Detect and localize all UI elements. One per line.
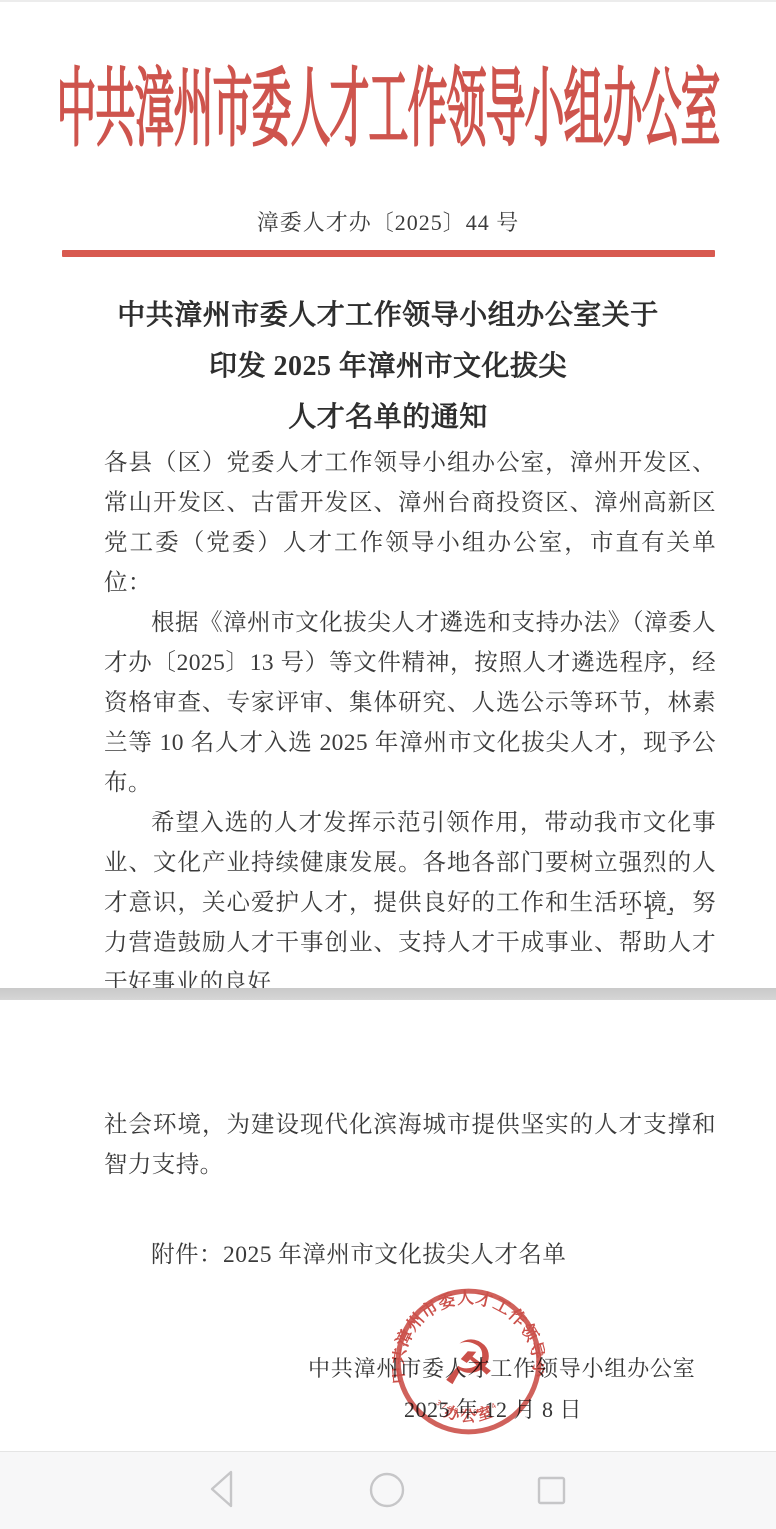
red-divider-line	[62, 250, 715, 257]
document-number: 漳委人才办〔2025〕44 号	[0, 206, 776, 237]
document-title-line-1: 中共漳州市委人才工作领导小组办公室关于	[0, 290, 776, 341]
recents-icon[interactable]	[537, 1476, 566, 1505]
back-icon[interactable]	[206, 1468, 240, 1510]
document-title-line-3: 人才名单的通知	[0, 392, 776, 443]
attachment-line: 附件：2025 年漳州市文化拔尖人才名单	[104, 1235, 716, 1269]
issuing-org-header: 中共漳州市委人才工作领导小组办公室	[0, 67, 776, 153]
phone-screen: 中共漳州市委人才工作领导小组办公室 漳委人才办〔2025〕44 号 中共漳州市委…	[0, 0, 776, 1529]
home-icon[interactable]	[368, 1471, 406, 1509]
document-title: 中共漳州市委人才工作领导小组办公室关于 印发 2025 年漳州市文化拔尖 人才名…	[0, 290, 776, 443]
document-title-line-2: 印发 2025 年漳州市文化拔尖	[0, 341, 776, 392]
paragraph-addressees: 各县（区）党委人才工作领导小组办公室，漳州开发区、常山开发区、古雷开发区、漳州台…	[104, 443, 716, 603]
page-number: - 1 -	[0, 900, 676, 925]
hammer-sickle-emblem: ☭	[441, 1328, 496, 1399]
official-seal: 中共漳州市委人才工作领导小组 办公室 3798620904 ☭	[392, 1285, 545, 1438]
document-body-page2: 社会环境，为建设现代化滨海城市提供坚实的人才支撑和智力支持。	[104, 1105, 716, 1185]
paragraph-selection: 根据《漳州市文化拔尖人才遴选和支持办法》（漳委人才办〔2025〕13 号）等文件…	[104, 603, 716, 803]
paragraph-expectation-continued: 社会环境，为建设现代化滨海城市提供坚实的人才支撑和智力支持。	[104, 1105, 716, 1185]
android-navigation-bar	[0, 1451, 776, 1529]
page-break-divider	[0, 988, 776, 1000]
